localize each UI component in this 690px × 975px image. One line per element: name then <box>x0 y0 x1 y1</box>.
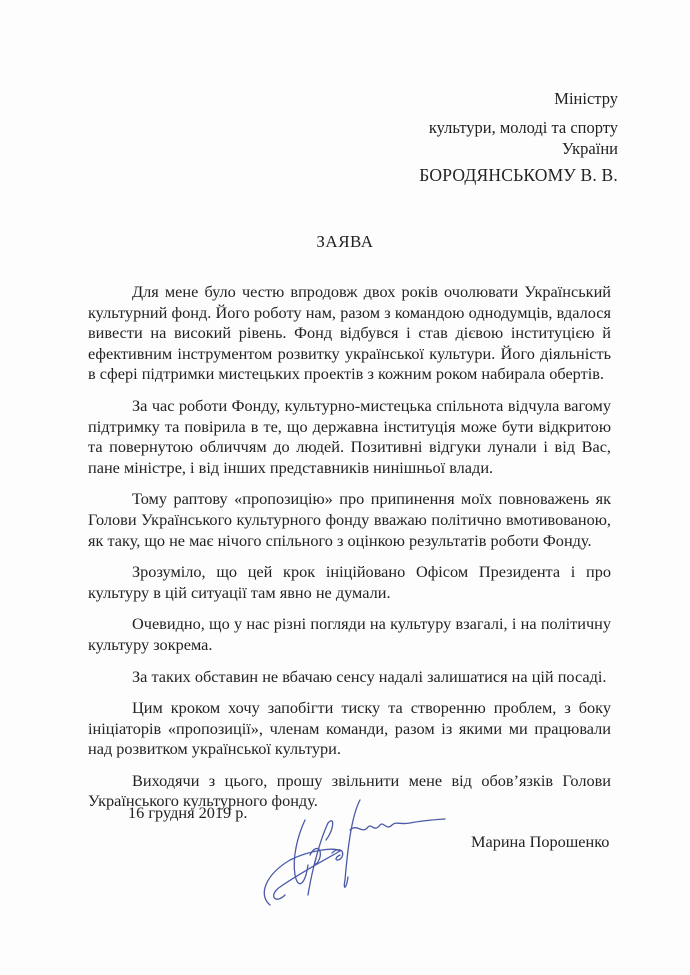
signer-name: Марина Порошенко <box>471 832 609 852</box>
signature-icon <box>250 795 450 910</box>
paragraph: Для мене було честю впродовж двох років … <box>88 282 611 385</box>
paragraph: Зрозуміло, що цей крок ініційовано Офісо… <box>88 562 611 603</box>
paragraph: Очевидно, що у нас різні погляди на куль… <box>88 614 611 655</box>
addressee-line-1: Міністру <box>419 88 618 109</box>
paragraph: Тому раптову «пропозицію» про припинення… <box>88 489 611 551</box>
addressee-line-2: культури, молоді та спорту <box>419 117 618 138</box>
document-title: ЗАЯВА <box>0 232 690 252</box>
paragraph: За таких обставин не вбачаю сенсу надалі… <box>88 667 611 688</box>
letter-page: Міністру культури, молоді та спорту Укра… <box>0 0 690 975</box>
addressee-name: БОРОДЯНСЬКОМУ В. В. <box>419 165 618 186</box>
addressee-line-3: України <box>419 138 618 159</box>
letter-date: 16 грудня 2019 р. <box>128 803 247 823</box>
paragraph: За час роботи Фонду, культурно-мистецька… <box>88 396 611 478</box>
paragraph: Цим кроком хочу запобігти тиску та створ… <box>88 698 611 760</box>
letter-body: Для мене було честю впродовж двох років … <box>88 282 611 823</box>
addressee-block: Міністру культури, молоді та спорту Укра… <box>419 88 618 186</box>
